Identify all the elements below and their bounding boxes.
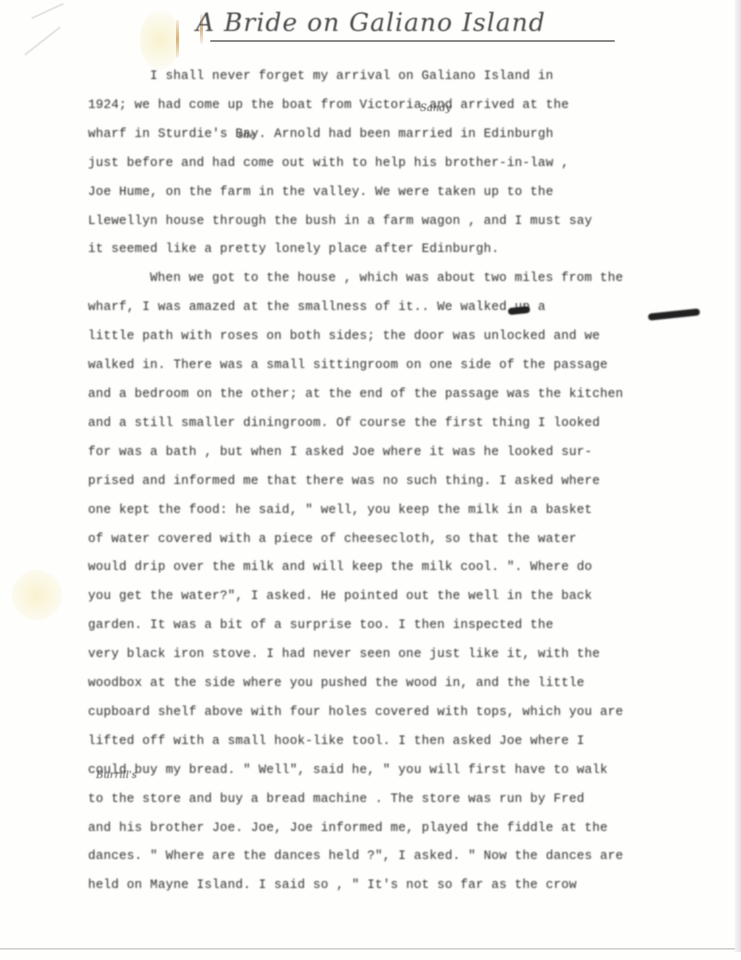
- text-line: and a still smaller diningroom. Of cours…: [88, 409, 703, 438]
- text-line: could buy my bread. " Well", said he, " …: [88, 756, 703, 785]
- handwritten-insertion: Burrill's: [96, 770, 137, 781]
- page-edge: [735, 0, 741, 952]
- text-line: would drip over the milk and will keep t…: [88, 553, 703, 582]
- text-line: wharf in Sturdie's Bay. Arnold had been …: [88, 120, 703, 149]
- text-line: held on Mayne Island. I said so , " It's…: [88, 871, 703, 900]
- text-line: and a bedroom on the other; at the end o…: [88, 380, 703, 409]
- page-bottom-edge: [0, 948, 735, 950]
- text-line: of water covered with a piece of cheesec…: [88, 525, 703, 554]
- text-line: Llewellyn house through the bush in a fa…: [88, 207, 703, 236]
- text-line: prised and informed me that there was no…: [88, 467, 703, 496]
- text-line: cupboard shelf above with four holes cov…: [88, 698, 703, 727]
- text-line: for was a bath , but when I asked Joe wh…: [88, 438, 703, 467]
- text-line: you get the water?", I asked. He pointed…: [88, 582, 703, 611]
- text-line: to the store and buy a bread machine . T…: [88, 785, 703, 814]
- scanned-page: A Bride on Galiano Island I shall never …: [0, 0, 741, 960]
- document-title: A Bride on Galiano Island: [196, 8, 546, 37]
- text-line: little path with roses on both sides; th…: [88, 322, 703, 351]
- text-line: it seemed like a pretty lonely place aft…: [88, 235, 703, 264]
- margin-mark: [176, 20, 179, 58]
- text-line: woodbox at the side where you pushed the…: [88, 669, 703, 698]
- typed-body: I shall never forget my arrival on Galia…: [88, 62, 703, 900]
- handwritten-insertion: Sandy: [420, 103, 451, 114]
- handwritten-insertion: she: [238, 130, 256, 141]
- text-line: and his brother Joe. Joe, Joe informed m…: [88, 814, 703, 843]
- text-line: dances. " Where are the dances held ?", …: [88, 842, 703, 871]
- title-underline: [210, 40, 615, 42]
- text-line: just before and had come out with to hel…: [88, 149, 703, 178]
- text-line: very black iron stove. I had never seen …: [88, 640, 703, 669]
- pencil-mark: [24, 26, 61, 55]
- text-line: When we got to the house , which was abo…: [88, 264, 703, 293]
- text-line: walked in. There was a small sittingroom…: [88, 351, 703, 380]
- text-line: lifted off with a small hook-like tool. …: [88, 727, 703, 756]
- text-line: garden. It was a bit of a surprise too. …: [88, 611, 703, 640]
- paper-stain: [140, 10, 180, 70]
- pencil-mark: [31, 3, 64, 20]
- text-line: 1924; we had come up the boat from Victo…: [88, 91, 703, 120]
- text-line: Joe Hume, on the farm in the valley. We …: [88, 178, 703, 207]
- paper-stain: [12, 570, 62, 620]
- text-line: I shall never forget my arrival on Galia…: [88, 62, 703, 91]
- text-line: wharf, I was amazed at the smallness of …: [88, 293, 703, 322]
- text-line: one kept the food: he said, " well, you …: [88, 496, 703, 525]
